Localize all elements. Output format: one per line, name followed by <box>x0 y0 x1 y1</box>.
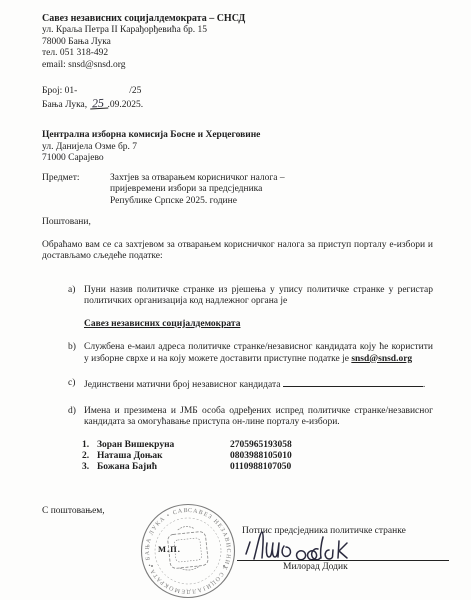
item-c-body: Јединствени матични број независног канд… <box>84 380 280 390</box>
item-a-marker: a) <box>68 285 84 308</box>
subject-line: пријевремени избори за предсједника <box>110 184 355 196</box>
subject-line: Захтјев за отварањем корисничког налога … <box>110 173 355 185</box>
place-date-line: Бања Лука, 25.09.2025. <box>42 98 433 112</box>
letter-content: Савез независних социјалдемократа – СНСД… <box>0 0 471 473</box>
reference-block: Број: 01-/25 Бања Лука, 25.09.2025. <box>42 86 433 111</box>
item-c-suffix: . <box>423 380 425 390</box>
signatory-name: Милорад Додик <box>283 562 348 574</box>
place-label: Бања Лука, <box>42 100 87 110</box>
intro-paragraph: Обраћамо вам се са захтјевом за отварање… <box>42 240 433 263</box>
round-stamp-seal-icon: САВЕЗ НЕЗАВИСНИХ СОЦИЈАЛДЕМОКРАТА • БАЊА… <box>138 503 238 600</box>
list-item-d: d) Имена и презимена и ЈМБ особа одређен… <box>68 406 433 429</box>
salutation: Поштовани, <box>42 217 433 229</box>
handwritten-day: 25 <box>89 97 108 109</box>
sender-address: ул. Краља Петра II Карађорђевића бр. 15 <box>42 25 433 37</box>
person-row: 2. Наташа Доњак 0803988105010 <box>82 451 433 462</box>
signature-section: С поштовањем, САВЕЗ НЕЗАВИСНИХ СОЦИЈАЛДЕ… <box>0 500 471 600</box>
sender-name: Савез независних социјалдемократа – СНСД <box>42 13 433 25</box>
list-item-a: a) Пуни назив политичке странке из рјеше… <box>68 285 433 308</box>
party-name-highlight: Савез независних социјалдемократа <box>84 319 433 331</box>
recipient-name: Централна изборна комисија Босне и Херце… <box>42 130 433 142</box>
recipient-city: 71000 Сарајево <box>42 153 433 165</box>
sender-email: email: snsd@snsd.org <box>42 60 433 72</box>
subject-line: Републике Српске 2025. године <box>110 196 355 208</box>
scanned-letter-page: Савез независних социјалдемократа – СНСД… <box>0 0 471 600</box>
date-suffix: .09.2025. <box>108 100 144 110</box>
signature-line <box>237 560 449 561</box>
person-name: Зоран Вишекруна <box>97 440 230 451</box>
item-d-marker: d) <box>68 406 84 429</box>
handwritten-signature-icon <box>243 528 361 562</box>
item-c-marker: c) <box>68 378 84 392</box>
subject-label: Предмет: <box>42 173 110 208</box>
person-row: 3. Божана Бајић 0110988107050 <box>82 462 433 473</box>
sender-phone: тел. 051 318-492 <box>42 48 433 60</box>
recipient-address: ул. Данијела Озме бр. 7 <box>42 142 433 154</box>
item-d-text: Имена и презимена и ЈМБ особа одређених … <box>84 406 433 429</box>
subject-text: Захтјев за отварањем корисничког налога … <box>110 173 355 208</box>
person-name: Божана Бајић <box>97 462 230 473</box>
authorized-persons-list: 1. Зоран Вишекруна 2705965193058 2. Ната… <box>82 440 433 473</box>
sender-city: 78000 Бања Лука <box>42 37 433 49</box>
reference-number-suffix: /25 <box>129 86 141 96</box>
closing-salutation: С поштовањем, <box>42 506 105 518</box>
item-b-text: Службена е-маил адреса политичке странке… <box>84 342 433 365</box>
person-jmb: 0110988107050 <box>230 462 433 473</box>
person-jmb: 0803988105010 <box>230 451 433 462</box>
person-number: 2. <box>82 451 97 462</box>
person-number: 3. <box>82 462 97 473</box>
person-name: Наташа Доњак <box>97 451 230 462</box>
party-email-highlight: snsd@snsd.org <box>351 354 412 364</box>
person-row: 1. Зоран Вишекруна 2705965193058 <box>82 440 433 451</box>
blank-fill-line <box>283 378 423 387</box>
person-jmb: 2705965193058 <box>230 440 433 451</box>
item-b-marker: b) <box>68 342 84 365</box>
sender-block: Савез независних социјалдемократа – СНСД… <box>42 13 433 71</box>
list-item-b: b) Службена е-маил адреса политичке стра… <box>68 342 433 365</box>
stamp-place-label: М.П. <box>158 544 181 556</box>
item-c-text: Јединствени матични број независног канд… <box>84 378 433 392</box>
person-number: 1. <box>82 440 97 451</box>
reference-number-prefix: Број: 01- <box>42 86 77 96</box>
recipient-block: Централна изборна комисија Босне и Херце… <box>42 130 433 165</box>
list-item-c: c) Јединствени матични број независног к… <box>68 378 433 392</box>
subject-block: Предмет: Захтјев за отварањем корисничко… <box>42 173 433 208</box>
item-a-text: Пуни назив политичке странке из рјешења … <box>84 285 433 308</box>
